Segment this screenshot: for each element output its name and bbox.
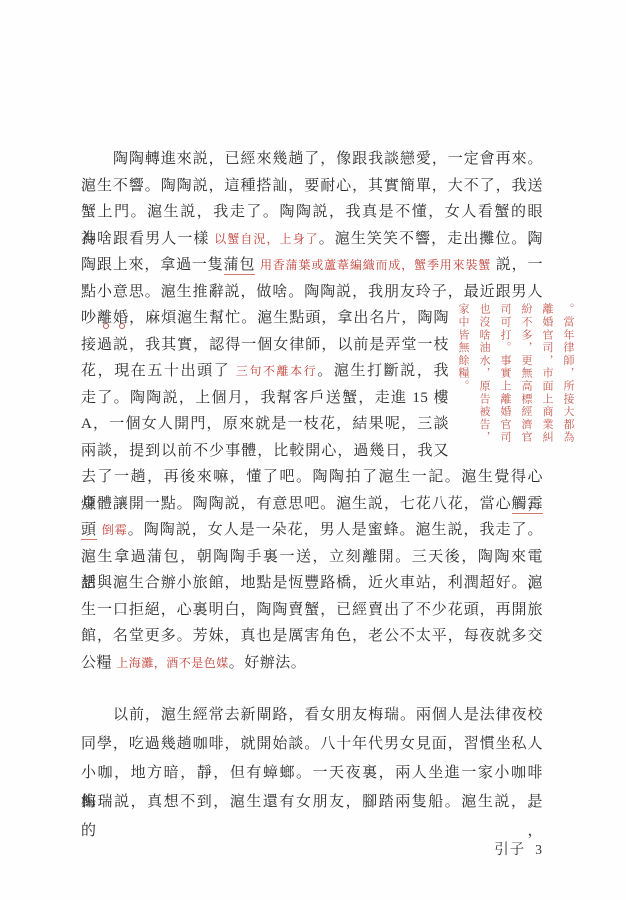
- text-line: 吵離婚，麻煩滬生幫忙。滬生點頭，拿出名片，陶陶: [81, 305, 449, 332]
- inline-annotation: 以蟹自況，上身了: [214, 232, 318, 246]
- margin-annotation: 。當年律師，所接大都為離婚官司，市面上商業糾紛不多，更無高標經濟官司可打。事實上…: [451, 303, 578, 444]
- chapter-title: 引子: [494, 842, 525, 858]
- text-line: 生一口拒絕，心裏明白，陶陶賣蟹，已經賣出了不少花頭，再開旅: [81, 597, 543, 624]
- text-line: 滬生拿過蒲包，朝陶陶手裏一送，立刻離開。三天後，陶陶來電話，: [81, 544, 543, 571]
- text-line: 小咖，地方暗，靜，但有蟑螂。一天夜裏，兩人坐進一家小咖啡館。: [81, 759, 543, 788]
- body-text-segment: 花，現在五十出頭了: [81, 363, 236, 379]
- text-line: 點小意思。滬生推辭説，做啥。陶陶説，我朋友玲子，最近跟男人: [81, 279, 543, 306]
- emphasized-char: 離: [97, 310, 113, 326]
- body-text-segment: 生一口拒絕，心裏明白，陶陶賣蟹，已經賣出了不少花頭，再開旅: [81, 602, 543, 618]
- body-text-segment: 説，一: [491, 257, 543, 273]
- text-line: 梅瑞説，真想不到，滬生還有女朋友，腳踏兩隻船。滬生説，是的，: [81, 788, 543, 817]
- inline-annotation: 用香蒲葉或蘆葦編織而成，蟹季用來裝蟹: [260, 258, 491, 272]
- paragraph-2: 以前，滬生經常去新閘路，看女朋友梅瑞。兩個人是法律夜校同學，吃過幾趟咖啡，就開始…: [81, 701, 543, 817]
- text-line: 身體讓開一點。陶陶説，有意思吧。滬生説，七花八花，當心觸霉: [81, 491, 543, 518]
- underlined-term: 蒲包: [224, 257, 256, 275]
- body-text-segment: 點小意思。滬生推辭説，做啥。陶陶説，我朋友玲子，最近跟男人: [81, 284, 543, 300]
- text-line: 想與滬生合辦小旅館，地點是恆豐路橋，近火車站，利潤超好。滬: [81, 570, 543, 597]
- text-line: 蟹上門。滬生説，我走了。陶陶説，我真是不懂，女人看蟹的眼神，: [81, 199, 543, 226]
- body-text-segment: 同學，吃過幾趟咖啡，就開始談。八十年代男女見面，習慣坐私人: [81, 736, 543, 752]
- body-text-segment: 想與滬生合辦小旅館，地點是恆豐路橋，近火車站，利潤超好。滬: [81, 575, 543, 591]
- text-line: 陶跟上來，拿過一隻蒲包 用香蒲葉或蘆葦編織而成，蟹季用來裝蟹 説，一: [81, 252, 543, 279]
- text-line: 館，名堂更多。芳妹，真也是厲害角色，老公不太平，每夜就多交: [81, 623, 543, 650]
- underlined-term: 頭: [81, 522, 97, 540]
- text-line: 滬生不響。陶陶説，這種搭訕，要耐心，其實簡單，大不了，我送: [81, 173, 543, 200]
- inline-annotation: 三句不離本行: [236, 364, 318, 378]
- body-text-segment: 身體讓開一點。陶陶説，有意思吧。滬生説，七花八花，當心: [81, 496, 512, 512]
- body-text-segment: 走了。陶陶説，上個月，我幫客戶送蟹，走進 15 樓: [81, 390, 449, 406]
- text-line: 陶陶轉進來説，已經來幾趟了，像跟我談戀愛，一定會再來。: [81, 146, 543, 173]
- text-line: 走了。陶陶説，上個月，我幫客戶送蟹，走進 15 樓: [81, 385, 449, 412]
- body-text-segment: 滬生不響。陶陶説，這種搭訕，要耐心，其實簡單，大不了，我送: [81, 178, 543, 194]
- underlined-term: 觸霉: [512, 496, 543, 514]
- emphasized-char: 婚: [113, 310, 129, 326]
- page-footer: 引子3: [494, 840, 543, 860]
- text-line: 公糧 上海灘，酒不是色媒。好辦法。: [81, 650, 543, 677]
- body-text-segment: 以前，滬生經常去新閘路，看女朋友梅瑞。兩個人是法律夜校: [113, 707, 543, 723]
- body-text-segment: 梅瑞説，真想不到，滬生還有女朋友，腳踏兩隻船。滬生説，是的，: [81, 794, 543, 839]
- text-line: 接過説，我其實，認得一個女律師，以前是弄堂一枝: [81, 332, 449, 359]
- body-text-segment: 館，名堂更多。芳妹，真也是厲害角色，老公不太平，每夜就多交: [81, 628, 543, 644]
- book-page: 陶陶轉進來説，已經來幾趟了，像跟我談戀愛，一定會再來。滬生不響。陶陶説，這種搭訕…: [0, 0, 626, 900]
- body-text-segment: 兩談，提到以前不少事體，比較開心，過幾日，我又: [81, 443, 449, 459]
- text-line: A，一個女人開門，原來就是一枝花，結果呢，三談: [81, 411, 449, 438]
- body-text-segment: 。陶陶説，女人是一朵花，男人是蜜蜂。滬生説，我走了。: [128, 522, 543, 538]
- body-text-segment: 公糧: [81, 655, 116, 671]
- text-line: 去了一趟，再後來嘛，懂了吧。陶陶拍了滬生一記。滬生覺得心煩，: [81, 464, 543, 491]
- text-line: 為啥跟看男人一樣 以蟹自況，上身了。滬生笑笑不響，走出攤位。陶: [81, 226, 543, 253]
- body-text-segment: ，麻煩滬生幫忙。滬生點頭，拿出名片，陶陶: [129, 310, 449, 326]
- text-line: 花，現在五十出頭了 三句不離本行。滬生打斷説，我: [81, 358, 449, 385]
- body-text-segment: 陶跟上來，拿過一隻: [81, 257, 224, 273]
- body-text-segment: 。好辦法。: [229, 655, 307, 671]
- inline-annotation: 上海灘，酒不是色媒: [116, 656, 229, 670]
- body-text-segment: 。滬生笑笑不響，走出攤位。陶: [319, 231, 543, 247]
- page-number: 3: [535, 842, 543, 857]
- body-text-segment: A，一個女人開門，原來就是一枝花，結果呢，三談: [81, 416, 449, 432]
- body-text: 陶陶轉進來説，已經來幾趟了，像跟我談戀愛，一定會再來。滬生不響。陶陶説，這種搭訕…: [81, 146, 543, 817]
- inline-annotation: 倒霉: [102, 523, 128, 537]
- text-line: 兩談，提到以前不少事體，比較開心，過幾日，我又: [81, 438, 449, 465]
- body-text-segment: 為啥跟看男人一樣: [81, 231, 214, 247]
- text-line: 以前，滬生經常去新閘路，看女朋友梅瑞。兩個人是法律夜校: [81, 701, 543, 730]
- body-text-segment: 吵: [81, 310, 97, 326]
- body-text-segment: 接過説，我其實，認得一個女律師，以前是弄堂一枝: [81, 337, 449, 353]
- text-line: 頭 倒霉。陶陶説，女人是一朵花，男人是蜜蜂。滬生説，我走了。: [81, 517, 543, 544]
- body-text-segment: 。滬生打斷説，我: [317, 363, 449, 379]
- text-line: 同學，吃過幾趟咖啡，就開始談。八十年代男女見面，習慣坐私人: [81, 730, 543, 759]
- body-text-segment: 陶陶轉進來説，已經來幾趟了，像跟我談戀愛，一定會再來。: [113, 151, 543, 167]
